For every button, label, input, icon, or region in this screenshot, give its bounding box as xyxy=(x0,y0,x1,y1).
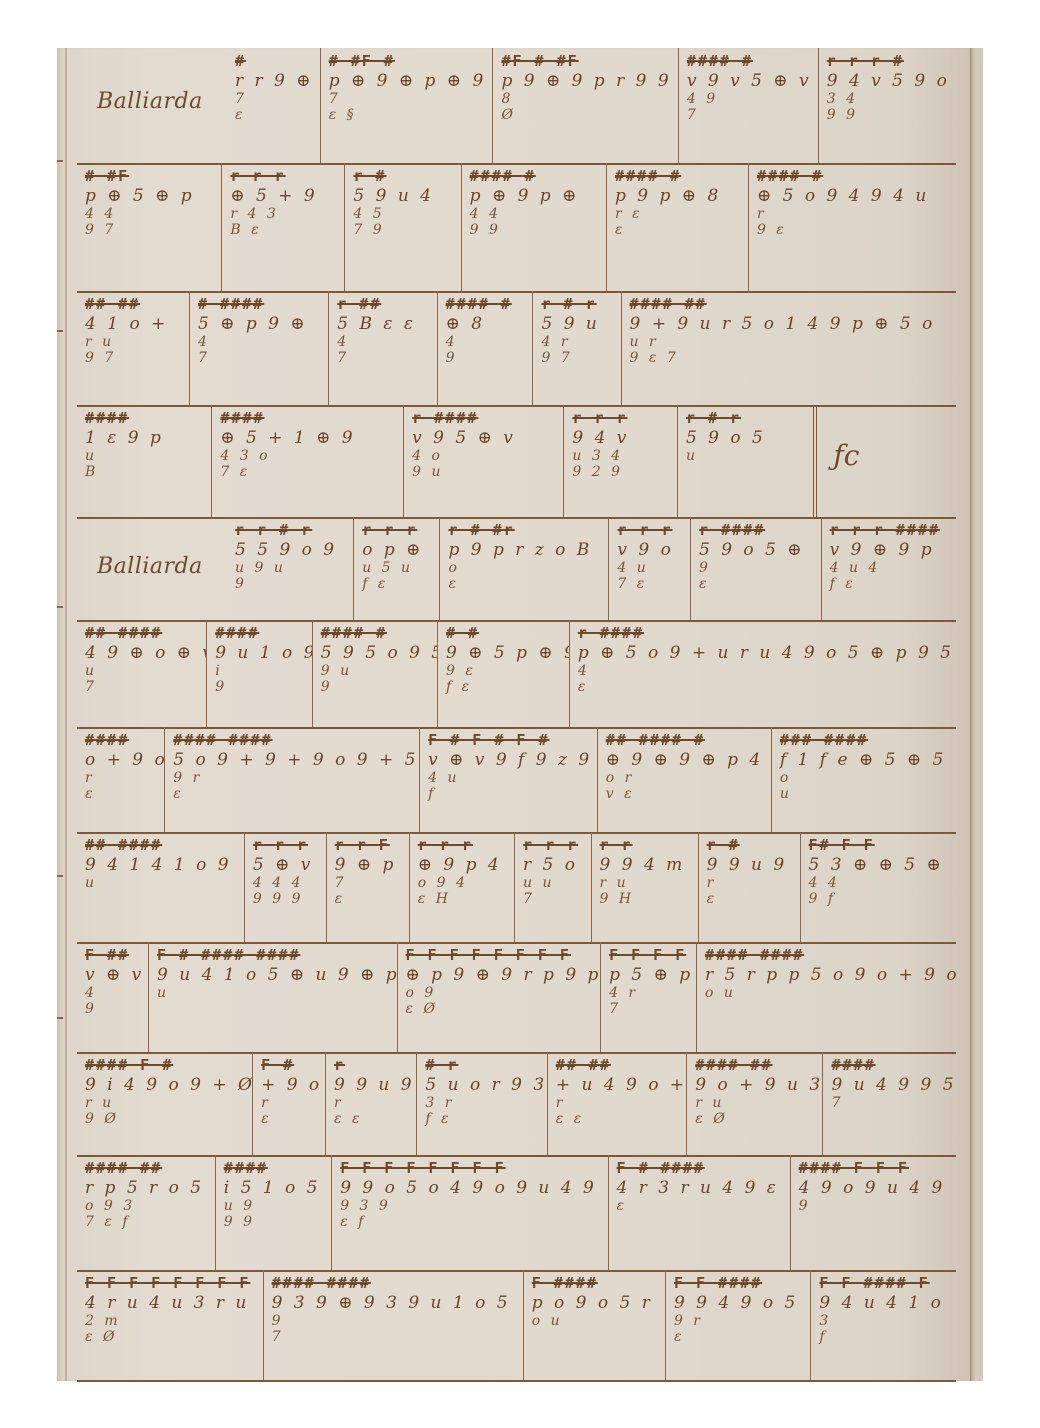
margin-tick xyxy=(57,1017,63,1019)
rhythm-flags: F F F F F F F F xyxy=(340,1159,601,1179)
tablature-line: 9 4 u 4 1 o xyxy=(819,1294,950,1313)
tablature-line: r u xyxy=(695,1095,816,1111)
tablature-line: p ⊕ 5 o 9 + u r u 4 9 o 5 ⊕ p 9 5 o 9 xyxy=(578,644,950,663)
tablature-line: o 9 3 xyxy=(85,1198,209,1214)
tablature-line: 9 xyxy=(699,560,815,576)
tablature-line: 4 xyxy=(198,334,322,350)
tablature-line: Ø xyxy=(501,107,671,123)
tablature-line: 9 xyxy=(235,576,347,592)
tablature-line: 9 9 9 xyxy=(253,891,320,907)
tablature-line: r r 9 ⊕ xyxy=(235,72,314,91)
measure: #### ####r 5 r p p 5 o 9 o + 9 oo u xyxy=(696,942,956,1052)
tablature-line: 9 2 9 xyxy=(572,464,671,480)
rhythm-flags: r #### xyxy=(412,409,557,429)
measure: #### #⊕ 5 o 9 4 9 4 ur9 ε xyxy=(748,163,956,291)
tablature-line: 9 9 4 m xyxy=(600,856,692,875)
piece-title: Balliarda xyxy=(97,554,203,579)
measures: ## ##4 1 o +r u9 7# ####5 ⊕ p 9 ⊕47r ##5… xyxy=(77,291,956,405)
tablature-line: u xyxy=(85,663,200,679)
measure: F# F F5 3 ⊕ ⊕ 5 ⊕4 49 f xyxy=(800,832,957,942)
measure: # #F #p ⊕ 9 ⊕ p ⊕ 97ε § xyxy=(320,48,493,163)
tablature-line: 4 9 ⊕ o ⊕ v xyxy=(85,644,200,663)
tablature-line: 9 u 1 o 9 xyxy=(215,644,306,663)
tablature-line: r xyxy=(334,1095,410,1111)
measure: r # r5 9 o 5u xyxy=(677,405,813,517)
tablature-line: ⊕ 9 ⊕ 9 ⊕ p 4 1 xyxy=(606,751,765,770)
measure: #r r 9 ⊕7ε xyxy=(227,48,320,163)
tablature-line: ε § xyxy=(329,107,487,123)
tablature-line: 9 r xyxy=(173,770,413,786)
margin-tick xyxy=(57,875,63,877)
rhythm-flags: #### # xyxy=(321,624,431,644)
tablature-system: ####1 ε 9 puB####⊕ 5 + 1 ⊕ 94 3 o7 εr ##… xyxy=(77,405,956,519)
tablature-line: 4 xyxy=(337,334,430,350)
tablature-line: 9 ε 7 xyxy=(630,350,951,366)
rhythm-flags: F #### xyxy=(532,1274,659,1294)
tablature-line: 7 xyxy=(523,891,584,907)
rhythm-flags: F # #### xyxy=(617,1159,784,1179)
margin-tick xyxy=(57,606,63,608)
tablature-system: #### ##r p 5 r o 5o 9 37 ε f####i 5 1 o … xyxy=(77,1155,956,1272)
tablature-line: f xyxy=(819,1329,950,1345)
measure: r ####5 9 o 5 ⊕9ε xyxy=(690,517,821,620)
tablature-line: o r xyxy=(606,770,765,786)
tablature-line: ε xyxy=(617,1198,784,1214)
tablature-line: ε ε xyxy=(556,1111,680,1127)
tablature-line: 7 xyxy=(337,350,430,366)
tablature-line: p 9 p r z o B xyxy=(448,541,602,560)
tablature-line: 5 9 o 5 xyxy=(686,429,807,448)
tablature-line: 9 xyxy=(85,1001,142,1017)
tablature-line: v 9 5 ⊕ v xyxy=(412,429,557,448)
tablature-system: ## ####4 9 ⊕ o ⊕ vu7####9 u 1 o 9i9#### … xyxy=(77,620,956,729)
measure: F ####p o 9 o 5 ro u xyxy=(523,1270,665,1380)
tablature-line: 5 9 u xyxy=(541,315,614,334)
measure: r r rv 9 o4 u7 ε xyxy=(608,517,690,620)
tablature-line: 9 9 u 9 xyxy=(707,856,794,875)
measure: r ##5 B ε ε47 xyxy=(328,291,436,405)
rhythm-flags: #### xyxy=(215,624,306,644)
rhythm-flags: F F #### F xyxy=(819,1274,950,1294)
tablature-line: 7 ε xyxy=(220,464,397,480)
measure: r ####v 9 5 ⊕ v4 o9 u xyxy=(403,405,563,517)
rhythm-flags xyxy=(825,409,950,429)
tablature-line: ⊕ 5 + 1 ⊕ 9 xyxy=(220,429,397,448)
tablature-line: r p 5 r o 5 xyxy=(85,1179,209,1198)
measures: ####1 ε 9 puB####⊕ 5 + 1 ⊕ 94 3 o7 εr ##… xyxy=(77,405,956,517)
tablature-line: + 9 o xyxy=(261,1076,319,1095)
tablature-line: 5 ⊕ v xyxy=(253,856,320,875)
measure: F # ####4 r 3 r u 4 9 εε xyxy=(608,1155,790,1270)
rhythm-flags: r r # r xyxy=(235,521,347,541)
tablature-line: 7 ε f xyxy=(85,1214,209,1230)
tablature-line: 4 r 3 r u 4 9 ε xyxy=(617,1179,784,1198)
rhythm-flags: F F F F F F F F xyxy=(406,946,595,966)
tablature-line: 7 xyxy=(831,1095,950,1111)
tablature-line: ⊕ 5 o 9 4 9 4 u xyxy=(757,187,950,206)
measure: F F F F F F F F⊕ p 9 ⊕ 9 r p 9 po 9ε Ø xyxy=(397,942,601,1052)
measure: F F F Fp 5 ⊕ p4 r7 xyxy=(600,942,696,1052)
measures: r r # r5 5 9 o 9u 9 u9r r ro p ⊕u 5 uf ε… xyxy=(227,517,956,620)
measure: r # r5 9 u4 r9 7 xyxy=(532,291,620,405)
rhythm-flags: #### xyxy=(85,731,158,751)
tablature-line: r u xyxy=(85,1095,246,1111)
tablature-line: 9 u xyxy=(321,663,431,679)
tablature-line: f 1 f e ⊕ 5 ⊕ 5 ⊕ xyxy=(780,751,950,770)
tablature-line: 4 9 o 9 u 4 9 xyxy=(799,1179,950,1198)
tablature-line: 9 xyxy=(446,350,527,366)
tablature-line: 9 7 xyxy=(85,222,215,238)
tablature-line: 2 m xyxy=(85,1313,257,1329)
measures: ## ####4 9 ⊕ o ⊕ vu7####9 u 1 o 9i9#### … xyxy=(77,620,956,727)
rhythm-flags: r r r xyxy=(418,836,508,856)
tablature-line: 9 + 9 u r 5 o 1 4 9 p ⊕ 5 o xyxy=(630,315,951,334)
rhythm-flags: r r r # xyxy=(827,52,950,72)
tablature-system: Balliarda#r r 9 ⊕7ε# #F #p ⊕ 9 ⊕ p ⊕ 97ε… xyxy=(77,48,956,165)
tablature-line: 9 3 9 ⊕ 9 3 9 u 1 o 5 xyxy=(272,1294,517,1313)
tablature-line: 1 ε 9 p xyxy=(85,429,205,448)
tablature-line: 4 1 o + xyxy=(85,315,183,334)
tablature-line: u 9 u xyxy=(235,560,347,576)
measure: r ####p ⊕ 5 o 9 + u r u 4 9 o 5 ⊕ p 9 5 … xyxy=(569,620,956,727)
tablature-line: ε xyxy=(85,786,158,802)
rhythm-flags: #### #### xyxy=(705,946,950,966)
tablature-line: 9 9 u 9 xyxy=(334,1076,410,1095)
tablature-line: 7 xyxy=(335,875,403,891)
rhythm-flags: #### # xyxy=(757,167,950,187)
tablature-line: 4 o xyxy=(412,448,557,464)
rhythm-flags: ## #### xyxy=(85,836,238,856)
tablature-line: p ⊕ 9 p ⊕ xyxy=(470,187,600,206)
rhythm-flags: #### ## xyxy=(85,1159,209,1179)
rhythm-flags: r # xyxy=(353,167,454,187)
tablature-line: 4 5 xyxy=(353,206,454,222)
tablature-line: p ⊕ 5 ⊕ p xyxy=(85,187,215,206)
rhythm-flags: #### xyxy=(224,1159,325,1179)
tablature-line: 9 7 xyxy=(541,350,614,366)
tablature-line: r u xyxy=(85,334,183,350)
measure: r r r⊕ 9 p 4o 9 4ε H xyxy=(409,832,514,942)
tablature-line: 9 u 4 9 9 5 xyxy=(831,1076,950,1095)
measure: #### F #9 i 4 9 o 9 + Ør u9 Ø xyxy=(77,1052,252,1155)
tablature-line: ε Ø xyxy=(85,1329,257,1345)
tablature-system: ## ##4 1 o +r u9 7# ####5 ⊕ p 9 ⊕47r ##5… xyxy=(77,291,956,407)
measures: ####o + 9 orε#### ####5 o 9 + 9 + 9 o 9 … xyxy=(77,727,956,832)
tablature-line: u u xyxy=(523,875,584,891)
tablature-line: r xyxy=(707,875,794,891)
tablature-line: 9 u xyxy=(412,464,557,480)
margin-tick xyxy=(57,330,63,332)
tablature-line: o u xyxy=(532,1313,659,1329)
piece-title: Balliarda xyxy=(97,89,203,114)
measures: #### ##r p 5 r o 5o 9 37 ε f####i 5 1 o … xyxy=(77,1155,956,1270)
tablature-line: 9 3 9 xyxy=(340,1198,601,1214)
tablature-line: f ε xyxy=(446,679,563,695)
tablature-line: 5 B ε ε xyxy=(337,315,430,334)
tablature-system: F F F F F F F F4 r u 4 u 3 r u2 mε Ø####… xyxy=(77,1270,956,1382)
rhythm-flags: ## ## xyxy=(556,1056,680,1076)
measure: #### ##9 o + 9 u 3r uε Ø xyxy=(686,1052,822,1155)
tablature-line: f xyxy=(428,786,591,802)
tablature-line: 4 xyxy=(446,334,527,350)
tablature-line: ε xyxy=(335,891,403,907)
measure: #### ####9 3 9 ⊕ 9 3 9 u 1 o 597 xyxy=(263,1270,523,1380)
measure: # #Fp ⊕ 5 ⊕ p4 49 7 xyxy=(77,163,221,291)
tablature-line: u 3 4 xyxy=(572,448,671,464)
tablature-line: 9 4 v xyxy=(572,429,671,448)
rhythm-flags: r xyxy=(334,1056,410,1076)
tablature-line: ε xyxy=(699,576,815,592)
measure: ####9 u 1 o 9i9 xyxy=(206,620,312,727)
measures: F F F F F F F F4 r u 4 u 3 r u2 mε Ø####… xyxy=(77,1270,956,1380)
tablature-line: p 9 ⊕ 9 p r 9 9 xyxy=(501,72,671,91)
fine-mark: ƒc xyxy=(833,439,859,472)
rhythm-flags: F F F F xyxy=(609,946,690,966)
rhythm-flags: #### ## xyxy=(630,295,951,315)
measure: #### #v 9 v 5 ⊕ v4 97 xyxy=(678,48,818,163)
tablature-line: 5 u o r 9 3 xyxy=(425,1076,540,1095)
tablature-line: v ε xyxy=(606,786,765,802)
rhythm-flags: r # xyxy=(707,836,794,856)
measure: r r r⊕ 5 + 9r 4 3B ε xyxy=(221,163,344,291)
measure: F F F F F F F F4 r u 4 u 3 r u2 mε Ø xyxy=(77,1270,263,1380)
rhythm-flags: ### #### xyxy=(780,731,950,751)
measure: ####9 u 4 9 9 57 xyxy=(822,1052,956,1155)
measure: r r r9 4 vu 3 49 2 9 xyxy=(563,405,677,517)
measure: #### ##r p 5 r o 5o 9 37 ε f xyxy=(77,1155,215,1270)
tablature-line: ε xyxy=(674,1329,804,1345)
rhythm-flags: # #F # xyxy=(329,52,487,72)
facing-page-edge xyxy=(970,48,983,1381)
measure: ## ##4 1 o +r u9 7 xyxy=(77,291,189,405)
tablature-line: ε f xyxy=(340,1214,601,1230)
tablature-line: ε xyxy=(578,679,950,695)
tablature-line: 9 H xyxy=(600,891,692,907)
rhythm-flags: #### xyxy=(831,1056,950,1076)
rhythm-flags: r # #r xyxy=(448,521,602,541)
tablature-line: ε Ø xyxy=(695,1111,816,1127)
rhythm-flags: # # xyxy=(446,624,563,644)
measure: F # #### ####9 u 4 1 o 5 ⊕ u 9 ⊕ pu xyxy=(148,942,396,1052)
measure: r r # r5 5 9 o 9u 9 u9 xyxy=(227,517,353,620)
measure: ## ####4 9 ⊕ o ⊕ vu7 xyxy=(77,620,206,727)
tablature-line: 4 u 4 xyxy=(830,560,950,576)
tablature-line: ε xyxy=(448,576,602,592)
rhythm-flags: F ## xyxy=(85,946,142,966)
measure: F F ####9 9 4 9 o 59 rε xyxy=(665,1270,810,1380)
tablature-line: p ⊕ 9 ⊕ p ⊕ 9 xyxy=(329,72,487,91)
measure: # ####5 ⊕ p 9 ⊕47 xyxy=(189,291,328,405)
rhythm-flags: #### F # xyxy=(85,1056,246,1076)
margin-tick xyxy=(57,160,63,162)
rhythm-flags: #### # xyxy=(687,52,812,72)
rhythm-flags: #### #### xyxy=(272,1274,517,1294)
measures: F ##v ⊕ v49F # #### ####9 u 4 1 o 5 ⊕ u … xyxy=(77,942,956,1052)
tablature-line: f ε xyxy=(425,1111,540,1127)
tablature-line: 5 5 9 o 9 xyxy=(235,541,347,560)
measure: # r5 u o r 9 33 rf ε xyxy=(416,1052,546,1155)
rhythm-flags: #### ## xyxy=(695,1056,816,1076)
rhythm-flags: #### # xyxy=(470,167,600,187)
tablature-system: F ##v ⊕ v49F # #### ####9 u 4 1 o 5 ⊕ u … xyxy=(77,942,956,1054)
rhythm-flags: r r r xyxy=(253,836,320,856)
tablature-line: v 9 o xyxy=(617,541,684,560)
tablature-line: u xyxy=(686,448,807,464)
tablature-line: + u 4 9 o + xyxy=(556,1076,680,1095)
tablature-line: p 5 ⊕ p xyxy=(609,966,690,985)
rhythm-flags: # #### xyxy=(198,295,322,315)
measures: #r r 9 ⊕7ε# #F #p ⊕ 9 ⊕ p ⊕ 97ε §#F # #F… xyxy=(227,48,956,163)
tablature-line: u xyxy=(85,875,238,891)
tablature-line: u xyxy=(85,448,205,464)
tablature-line: ⊕ p 9 ⊕ 9 r p 9 p xyxy=(406,966,595,985)
tablature-line: 3 r xyxy=(425,1095,540,1111)
tablature-line: r 5 o xyxy=(523,856,584,875)
rhythm-flags: #### F F F xyxy=(799,1159,950,1179)
measures: # #Fp ⊕ 5 ⊕ p4 49 7r r r⊕ 5 + 9r 4 3B εr… xyxy=(77,163,956,291)
tablature-system: #### F #9 i 4 9 o 9 + Ør u9 ØF #+ 9 orεr… xyxy=(77,1052,956,1157)
tablature-line: o + 9 o xyxy=(85,751,158,770)
tablature-line: 9 o + 9 u 3 xyxy=(695,1076,816,1095)
rhythm-flags: r # r xyxy=(541,295,614,315)
measure: ## #### #⊕ 9 ⊕ 9 ⊕ p 4 1o rv ε xyxy=(597,727,771,832)
tablature-line: 9 r xyxy=(674,1313,804,1329)
measure: #### #5 9 5 o 9 59 u9 xyxy=(312,620,437,727)
tablature-line: 4 u xyxy=(617,560,684,576)
tablature-line: 9 ⊕ 5 p ⊕ 9 xyxy=(446,644,563,663)
measure: F ##v ⊕ v49 xyxy=(77,942,148,1052)
tablature-line: i 5 1 o 5 xyxy=(224,1179,325,1198)
tablature-line: i xyxy=(215,663,306,679)
tablature-line: 4 4 xyxy=(85,206,215,222)
tablature-line: o u xyxy=(705,985,950,1001)
measure: #### #p ⊕ 9 p ⊕4 49 9 xyxy=(461,163,606,291)
tablature-line: o p ⊕ xyxy=(362,541,433,560)
tablature-line: ε xyxy=(173,786,413,802)
rhythm-flags: r r r xyxy=(617,521,684,541)
tablature-line: u 9 xyxy=(224,1198,325,1214)
rhythm-flags: r r r xyxy=(230,167,338,187)
measure: #### #⊕ 849 xyxy=(437,291,533,405)
tablature-line: 5 o 9 + 9 + 9 o 9 + 5 ⊕ xyxy=(173,751,413,770)
tablature-line: 5 9 5 o 9 5 xyxy=(321,644,431,663)
tablature-line: 9 i 4 9 o 9 + Ø xyxy=(85,1076,246,1095)
rhythm-flags: #### xyxy=(220,409,397,429)
tablature-line: 9 xyxy=(799,1198,950,1214)
rhythm-flags: r r r #### xyxy=(830,521,950,541)
tablature-line: f ε xyxy=(362,576,433,592)
tablature-line: u xyxy=(157,985,390,1001)
rhythm-flags: F # xyxy=(261,1056,319,1076)
tablature-line: 9 7 xyxy=(85,350,183,366)
tablature-line: 7 xyxy=(198,350,322,366)
tablature-line: 5 ⊕ p 9 ⊕ xyxy=(198,315,322,334)
tablature-line: 9 4 v 5 9 o xyxy=(827,72,950,91)
measure: F #+ 9 orε xyxy=(252,1052,325,1155)
measure: r9 9 u 9rε ε xyxy=(325,1052,416,1155)
tablature-system: ## ####9 4 1 4 1 o 9ur r r5 ⊕ v4 4 49 9 … xyxy=(77,832,956,944)
tablature-line: 3 xyxy=(819,1313,950,1329)
tablature-line: u 5 u xyxy=(362,560,433,576)
tablature-line: 9 9 4 9 o 5 xyxy=(674,1294,804,1313)
tablature-line: 9 4 1 4 1 o 9 xyxy=(85,856,238,875)
measure: ƒc xyxy=(813,405,956,517)
measure: #F # #Fp 9 ⊕ 9 p r 9 98Ø xyxy=(492,48,677,163)
measure: r #5 9 u 44 57 9 xyxy=(344,163,460,291)
tablature-line: 4 r u 4 u 3 r u xyxy=(85,1294,257,1313)
tablature-line: v 9 ⊕ 9 p xyxy=(830,541,950,560)
measure: #### #p 9 p ⊕ 8r εε xyxy=(606,163,748,291)
measure: r r F9 ⊕ p7ε xyxy=(326,832,409,942)
rhythm-flags: r r r xyxy=(362,521,433,541)
tablature-line: f ε xyxy=(830,576,950,592)
measure: #### ##9 + 9 u r 5 o 1 4 9 p ⊕ 5 ou r9 ε… xyxy=(621,291,957,405)
tablature-line: v ⊕ v xyxy=(85,966,142,985)
tablature-line: 7 xyxy=(272,1329,517,1345)
tablature-line: 9 f xyxy=(809,891,951,907)
tablature-line: 7 9 xyxy=(353,222,454,238)
tablature-line: 4 xyxy=(85,985,142,1001)
tablature-line: B xyxy=(85,464,205,480)
rhythm-flags: F # F # F # xyxy=(428,731,591,751)
measure: r #9 9 u 9rε xyxy=(698,832,800,942)
measure: r # #rp 9 p r z o Boε xyxy=(439,517,608,620)
tablature-line: v ⊕ v 9 f 9 z 9 r xyxy=(428,751,591,770)
tablature-line: 9 9 xyxy=(827,107,950,123)
tablature-line: ε ε xyxy=(334,1111,410,1127)
tablature-line: p 9 p ⊕ 8 xyxy=(615,187,742,206)
tablature-line: 9 xyxy=(272,1313,517,1329)
tablature-line: ε H xyxy=(418,891,508,907)
measure: ####o + 9 orε xyxy=(77,727,164,832)
measure: ####⊕ 5 + 1 ⊕ 94 3 o7 ε xyxy=(211,405,403,517)
measure: ## ####9 4 1 4 1 o 9u xyxy=(77,832,244,942)
tablature-line: o xyxy=(780,770,950,786)
tablature-line: ⊕ 5 + 9 xyxy=(230,187,338,206)
measure: #### ####5 o 9 + 9 + 9 o 9 + 5 ⊕9 rε xyxy=(164,727,419,832)
rhythm-flags: ## ## xyxy=(85,295,183,315)
tablature-line: 4 9 xyxy=(687,91,812,107)
tablature-line: ε xyxy=(615,222,742,238)
rhythm-flags: #### #### xyxy=(173,731,413,751)
tablature-line: r xyxy=(757,206,950,222)
tablature-line: 9 9 xyxy=(224,1214,325,1230)
rhythm-flags: r #### xyxy=(699,521,815,541)
tablature-line: r xyxy=(556,1095,680,1111)
tablature-line: 5 3 ⊕ ⊕ 5 ⊕ xyxy=(809,856,951,875)
tablature-line: r 5 r p p 5 o 9 o + 9 o xyxy=(705,966,950,985)
tablature-system: ####o + 9 orε#### ####5 o 9 + 9 + 9 o 9 … xyxy=(77,727,956,834)
tablature-line: 7 xyxy=(235,91,314,107)
tablature-line: 4 4 xyxy=(809,875,951,891)
tablature-line: r xyxy=(261,1095,319,1111)
tablature-line: r xyxy=(85,770,158,786)
tablature-line: ⊕ 8 xyxy=(446,315,527,334)
tablature-line: ε xyxy=(261,1111,319,1127)
measure: r r rr 5 ou u7 xyxy=(514,832,590,942)
tablature-line: 7 xyxy=(329,91,487,107)
tablature-line: 9 9 o 5 o 4 9 o 9 u 4 9 xyxy=(340,1179,601,1198)
rhythm-flags: #### # xyxy=(615,167,742,187)
rhythm-flags: F F #### xyxy=(674,1274,804,1294)
rhythm-flags: # r xyxy=(425,1056,540,1076)
tablature-line: ε xyxy=(707,891,794,907)
tablature-line: 5 9 u 4 xyxy=(353,187,454,206)
tablature-line: 9 ε xyxy=(446,663,563,679)
tablature-line: o xyxy=(448,560,602,576)
tablature-line: 4 3 o xyxy=(220,448,397,464)
tablature-line: r 4 3 xyxy=(230,206,338,222)
